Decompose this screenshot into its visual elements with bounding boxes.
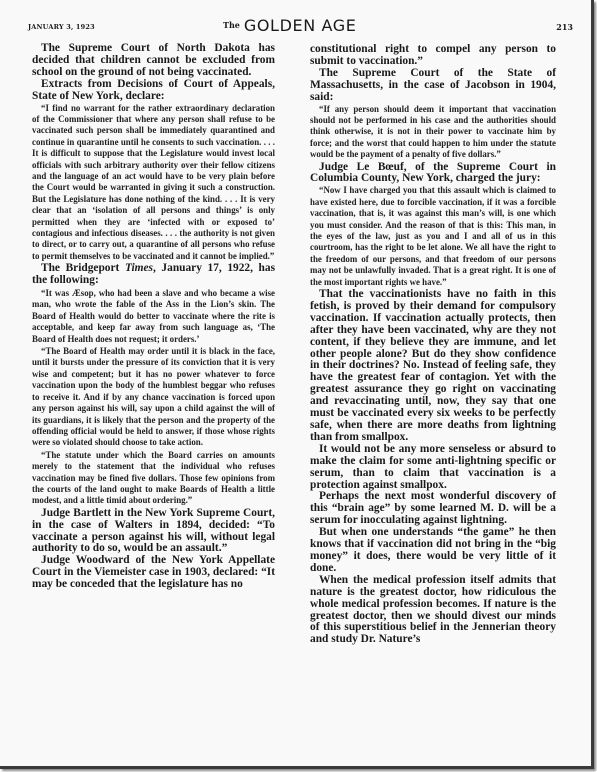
paragraph: It would not be any more senseless or ab… [310, 444, 556, 492]
paragraph: Extracts from Decisions of Court of Appe… [32, 79, 275, 103]
right-column: constitutional right to compel any perso… [310, 44, 556, 646]
page-header: JANUARY 3, 1923 TheGOLDEN AGE 213 [28, 16, 573, 38]
paragraph: The Supreme Court of North Dakota has de… [32, 43, 275, 79]
paragraph: constitutional right to compel any perso… [310, 44, 556, 68]
page-number: 213 [556, 22, 573, 32]
block-quote: “It was Æsop, who had been a slave and w… [32, 288, 275, 345]
newspaper-title: Times [125, 262, 153, 274]
masthead-prefix: The [223, 20, 240, 30]
block-quote: “I find no warrant for the rather extrao… [32, 103, 275, 263]
paragraph: But when one understands “the game” he t… [310, 527, 556, 575]
block-quote: “If any person should deem it important … [310, 104, 556, 161]
issue-date: JANUARY 3, 1923 [28, 23, 95, 31]
paragraph: The Supreme Court of the State of Massac… [310, 68, 556, 104]
paragraph: Judge Le Bœuf, of the Supreme Court in C… [310, 162, 556, 186]
paragraph: Judge Bartlett in the New York Supreme C… [32, 508, 275, 556]
paragraph: The Bridgeport Times, January 17, 1922, … [32, 263, 275, 287]
left-column: The Supreme Court of North Dakota has de… [32, 43, 275, 591]
block-quote: “The Board of Health may order until it … [32, 346, 275, 449]
block-quote: “Now I have charged you that this assaul… [310, 185, 556, 288]
masthead: TheGOLDEN AGE [223, 16, 356, 35]
paragraph: When the medical profession itself admit… [310, 575, 556, 646]
text-run: The Bridgeport [41, 262, 125, 274]
block-quote: “The statute under which the Board carri… [32, 450, 275, 507]
magazine-page: JANUARY 3, 1923 TheGOLDEN AGE 213 The Su… [0, 0, 594, 769]
masthead-title: GOLDEN AGE [244, 16, 357, 35]
paragraph: Perhaps the next most wonderful discover… [310, 491, 556, 527]
paragraph: That the vaccinationists have no faith i… [310, 289, 556, 444]
paragraph: Judge Woodward of the New York Appellate… [32, 555, 275, 591]
